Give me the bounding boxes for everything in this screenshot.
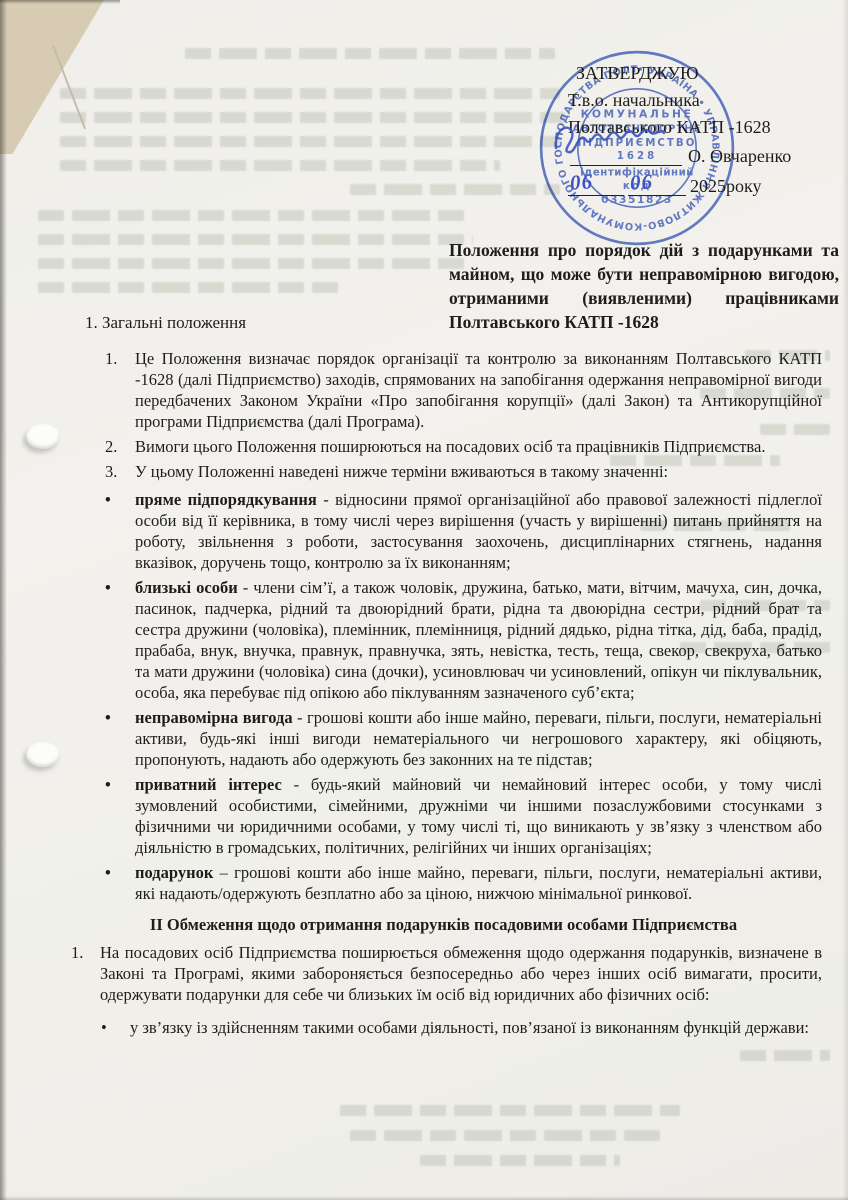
bleedthrough-line xyxy=(38,282,338,293)
bleedthrough-line xyxy=(38,258,468,269)
scan-edge-top xyxy=(0,0,120,4)
definition-item: пряме підпорядкування - відносини прямої… xyxy=(65,489,822,573)
bleedthrough-line xyxy=(60,160,500,171)
approval-label: ЗАТВЕРДЖУЮ xyxy=(568,60,840,87)
bleedthrough-line xyxy=(350,184,560,195)
definitions-list: пряме підпорядкування - відносини прямої… xyxy=(65,489,822,904)
definition-text: - члени сім’ї, а також чоловік, дружина,… xyxy=(135,578,822,702)
signer-name: О. Овчаренко xyxy=(688,143,791,170)
scanned-document-page: • УКРАЇНА • УПРАВЛІННЯ ЖИТЛОВО-КОМУНАЛЬН… xyxy=(0,0,848,1200)
bullet-item: у зв’язку із здійсненням такими особами … xyxy=(65,1017,822,1038)
definition-term: неправомірна вигода xyxy=(135,708,293,727)
section-2-heading: ІІ Обмеження щодо отримання подарунків п… xyxy=(65,914,822,935)
document-body: 1. Загальні положення Це Положення визна… xyxy=(65,312,822,1038)
handwritten-day: 06 xyxy=(569,168,594,197)
definition-item: подарунок – грошові кошти або інше майно… xyxy=(65,862,822,904)
scan-edge-left xyxy=(0,0,7,1200)
bleedthrough-line xyxy=(185,48,555,59)
date-line xyxy=(568,195,624,196)
section-2-bullets: у зв’язку із здійсненням такими особами … xyxy=(65,1017,822,1038)
bleedthrough-line xyxy=(60,88,560,99)
definition-item: приватний інтерес - будь-який майновий ч… xyxy=(65,774,822,858)
date-line xyxy=(628,195,686,196)
punch-hole xyxy=(26,742,60,767)
bleedthrough-line xyxy=(740,1050,830,1061)
bleedthrough-line xyxy=(60,136,560,147)
bleedthrough-line xyxy=(340,1105,680,1116)
folded-corner xyxy=(0,0,104,154)
list-item: У цьому Положенні наведені нижче терміни… xyxy=(65,461,822,482)
list-item: Вимоги цього Положення поширюються на по… xyxy=(65,436,822,457)
bleedthrough-line xyxy=(38,234,473,245)
date-row: 06 06 2025року xyxy=(568,171,840,201)
list-item: Це Положення визначає порядок організаці… xyxy=(65,348,822,432)
scan-edge-bottom xyxy=(0,1196,848,1200)
definition-term: близькі особи xyxy=(135,578,238,597)
section-2-list: На посадових осіб Підприємства поширюєть… xyxy=(65,942,822,1005)
definition-term: подарунок xyxy=(135,863,213,882)
bleedthrough-line xyxy=(60,112,565,123)
list-item: На посадових осіб Підприємства поширюєть… xyxy=(65,942,822,1005)
document-title: Положення про порядок дій з подарунками … xyxy=(449,238,839,334)
definition-item: неправомірна вигода - грошові кошти або … xyxy=(65,707,822,770)
scan-edge-right xyxy=(842,0,848,1200)
definition-term: пряме підпорядкування xyxy=(135,490,317,509)
bleedthrough-line xyxy=(420,1155,620,1166)
approval-year: 2025року xyxy=(690,173,762,200)
approver-position: Т.в.о. начальника xyxy=(568,87,840,114)
signature-scribble-icon xyxy=(550,118,670,162)
definition-item: близькі особи - члени сім’ї, а також чол… xyxy=(65,577,822,703)
section-1-list: Це Положення визначає порядок організаці… xyxy=(65,348,822,482)
bleedthrough-line xyxy=(38,210,468,221)
signature-line xyxy=(570,165,682,166)
bleedthrough-line xyxy=(350,1130,660,1141)
punch-hole xyxy=(26,424,60,449)
definition-term: приватний інтерес xyxy=(135,775,282,794)
handwritten-month: 06 xyxy=(629,168,653,196)
definition-text: – грошові кошти або інше майно, переваги… xyxy=(135,863,822,903)
